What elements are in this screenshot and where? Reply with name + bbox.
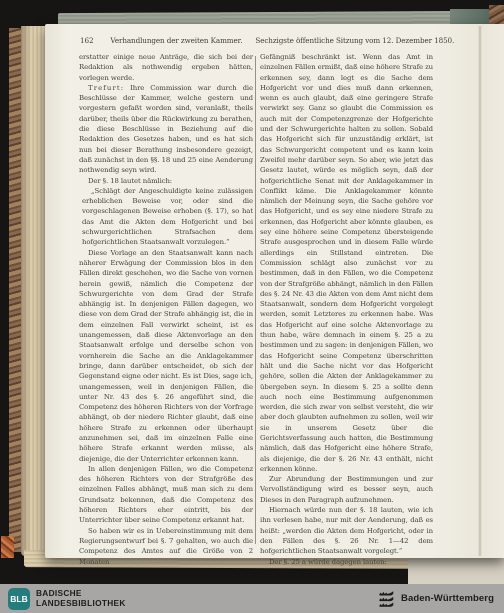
page-crease xyxy=(478,26,482,556)
paragraph: erstatter einige neue Anträge, die sich … xyxy=(79,52,253,83)
library-name: BADISCHE LANDESBIBLIOTHEK xyxy=(36,589,126,608)
paragraph: In allen denjenigen Fällen, wo die Compe… xyxy=(79,464,253,526)
text-column-right: Gefängniß beschränkt ist. Wenn das Amt i… xyxy=(260,52,433,567)
speaker-name: Trefurt: xyxy=(88,84,124,92)
paragraph: Diese Vorlage an den Staatsanwalt kann n… xyxy=(79,248,253,464)
marbled-cover-corner-bottom-left xyxy=(1,536,14,558)
page-number: 162 xyxy=(80,36,93,45)
state-name: Baden-Württemberg xyxy=(401,593,494,604)
quoted-paragraph: „Schlägt der Angeschuldigte keine zuläss… xyxy=(79,186,253,248)
footer-bar: BLB BADISCHE LANDESBIBLIOTHEK Baden-Würt… xyxy=(0,584,504,613)
paragraph: Hiernach würde nun der §. 18 lauten, wie… xyxy=(260,505,433,556)
paragraph: Zur Abrundung der Bestimmungen und zur V… xyxy=(260,474,433,505)
page-header: 162 Verhandlungen der zweiten Kammer. Se… xyxy=(80,36,438,45)
running-title: Verhandlungen der zweiten Kammer. xyxy=(110,36,242,45)
session-title: Sechzigste öffentliche Sitzung vom 12. D… xyxy=(255,36,454,45)
paragraph: Der §. 18 lautet nämlich: xyxy=(79,176,253,186)
paragraph: Trefurt: Ihre Commission war durch die B… xyxy=(79,83,253,176)
text-column-left: erstatter einige neue Anträge, die sich … xyxy=(79,52,253,567)
baden-wuerttemberg-coat-of-arms-icon xyxy=(377,590,394,608)
state-branding: Baden-Württemberg xyxy=(377,590,494,608)
library-name-line2: LANDESBIBLIOTHEK xyxy=(36,599,126,609)
column-divider-rule xyxy=(255,56,256,544)
blb-logo: BLB xyxy=(8,588,30,610)
paragraph: So haben wir es in Uebereinstimmung mit … xyxy=(79,526,253,567)
paragraph-text: Ihre Commission war durch die Beschlüsse… xyxy=(79,84,253,174)
paragraph: Der §. 25 a würde dagegen lauten: xyxy=(260,557,433,567)
paragraph: Gefängniß beschränkt ist. Wenn das Amt i… xyxy=(260,52,433,474)
left-page-block-edge xyxy=(21,26,46,556)
library-scan-viewer: 162 Verhandlungen der zweiten Kammer. Se… xyxy=(0,0,504,613)
